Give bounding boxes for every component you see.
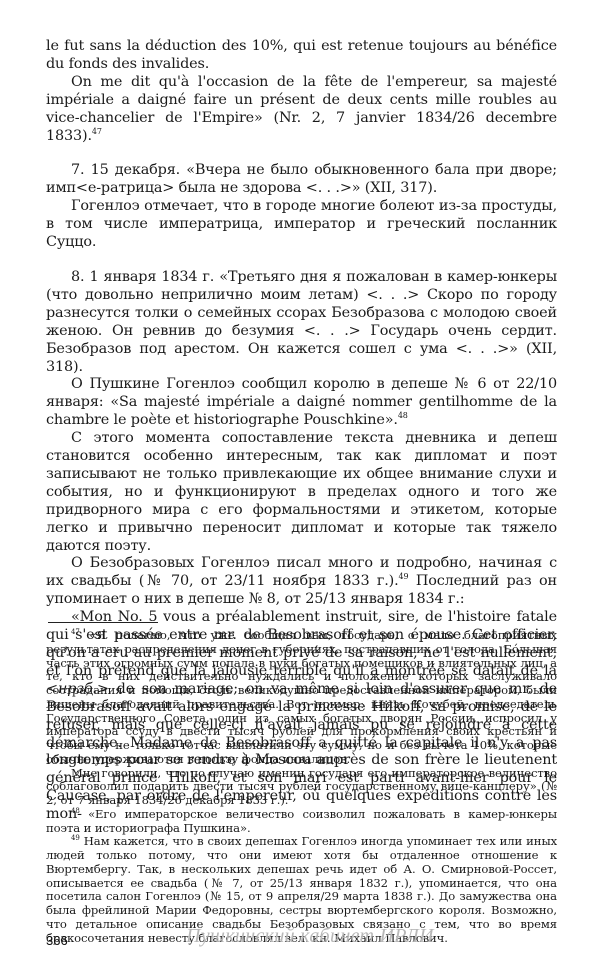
paragraph-text: On me dit qu'à l'occasion de la fête de …: [46, 74, 557, 144]
footnote-ref-49[interactable]: 49: [399, 572, 409, 581]
footnote-ref-48[interactable]: 48: [398, 411, 408, 420]
footnote-text: «Его императорское величество соизволил …: [46, 807, 557, 835]
footnote-48: 48 «Его императорское величество соизвол…: [46, 808, 557, 836]
paragraph-pushkin-dispatch: О Пушкине Гогенлоэ сообщил королю в депе…: [46, 376, 557, 430]
paragraph-comparison: С этого момента сопоставление текста дне…: [46, 430, 557, 555]
footnote-separator: [48, 622, 158, 623]
page-number: 366: [46, 933, 68, 948]
paragraph-commentary: Гогенлоэ отмечает, что в городе многие б…: [46, 198, 557, 252]
paragraph-continuation: le fut sans la déduction des 10%, qui es…: [46, 38, 557, 74]
watermark: Пушкинский кабинет ИРЛИ: [186, 925, 434, 948]
diary-entry-7: 7. 15 декабря. «Вчера не было обыкновенн…: [46, 162, 557, 198]
footnote-ref-47[interactable]: 47: [92, 127, 102, 136]
footnote-47-continued: Мне говорили, что по случаю именин госуд…: [46, 767, 557, 808]
paragraph-quote-end: On me dit qu'à l'occasion de la fête de …: [46, 74, 557, 146]
footnote-number: 47: [71, 628, 80, 636]
paragraph-text: О Пушкине Гогенлоэ сообщил королю в депе…: [46, 376, 557, 428]
footnote-text: «Я полагаю, что уже сообщал вам, государ…: [46, 628, 557, 766]
paragraph-besobrasov: О Безобразовых Гогенлоэ писал много и по…: [46, 555, 557, 609]
footnotes: 47 «Я полагаю, что уже сообщал вам, госу…: [46, 629, 557, 945]
footnote-number: 48: [71, 807, 80, 815]
diary-entry-8: 8. 1 января 1834 г. «Третьяго дня я пожа…: [46, 269, 557, 376]
footnote-47: 47 «Я полагаю, что уже сообщал вам, госу…: [46, 629, 557, 767]
footnote-number: 49: [71, 834, 80, 842]
